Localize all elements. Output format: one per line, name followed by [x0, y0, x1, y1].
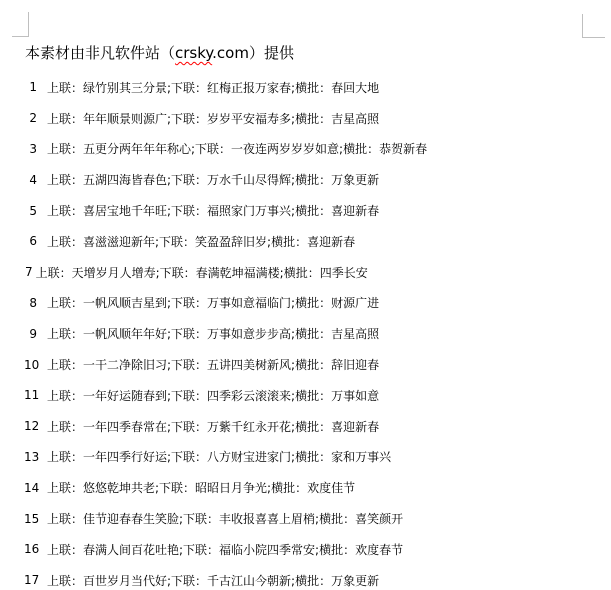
couplet-text: 上联：百世岁月当代好;下联：千古江山今朝新;横批：万象更新 — [47, 572, 379, 589]
couplet-row: 12上联：一年四季春常在;下联：万紫千红永开花;横批：喜迎新春 — [0, 411, 611, 442]
couplet-row: 8上联：一帆风顺吉星到;下联：万事如意福临门;横批：财源广进 — [0, 288, 611, 319]
couplet-row: 10上联：一干二净除旧习;下联：五讲四美树新风;横批：辞旧迎春 — [0, 349, 611, 380]
couplet-text: 上联：年年顺景则源广;下联：岁岁平安福寿多;横批：吉星高照 — [47, 110, 379, 127]
document-header: 本素材由非凡软件站（crsky.com）提供 — [25, 44, 294, 62]
couplet-text: 上联：一干二净除旧习;下联：五讲四美树新风;横批：辞旧迎春 — [47, 356, 379, 373]
couplet-list: 1上联：绿竹别其三分景;下联：红梅正报万家春;横批：春回大地2上联：年年顺景则源… — [0, 72, 611, 590]
couplet-row: 13上联：一年四季行好运;下联：八方财宝进家门;横批：家和万事兴 — [0, 442, 611, 473]
row-number: 10 — [24, 358, 37, 372]
couplet-row: 15上联：佳节迎春春生笑脸;下联：丰收报喜喜上眉梢;横批：喜笑颜开 — [0, 503, 611, 534]
couplet-text: 上联：五更分两年年年称心;下联：一夜连两岁岁岁如意;横批：恭贺新春 — [47, 140, 427, 157]
couplet-row: 1上联：绿竹别其三分景;下联：红梅正报万家春;横批：春回大地 — [0, 72, 611, 103]
row-number: 12 — [24, 419, 37, 433]
couplet-row: 14上联：悠悠乾坤共老;下联：昭昭日月争光;横批：欢度佳节 — [0, 472, 611, 503]
couplet-row: 3上联：五更分两年年年称心;下联：一夜连两岁岁岁如意;横批：恭贺新春 — [0, 134, 611, 165]
header-prefix: 本素材由非凡软件站（ — [25, 44, 175, 62]
row-number: 2 — [24, 111, 37, 125]
row-number: 5 — [24, 204, 37, 218]
margin-crop-mark-top-left — [12, 12, 29, 37]
couplet-text: 上联：天增岁月人增寿;下联：春满乾坤福满楼;横批：四季长安 — [36, 264, 368, 281]
header-site-tld: .com — [212, 44, 249, 62]
header-site-name: crsky — [175, 44, 212, 62]
couplet-text: 上联：喜居宝地千年旺;下联：福照家门万事兴;横批：喜迎新春 — [47, 202, 379, 219]
couplet-text: 上联：一帆风顺吉星到;下联：万事如意福临门;横批：财源广进 — [47, 294, 379, 311]
row-number: 16 — [24, 542, 37, 556]
row-number: 15 — [24, 512, 37, 526]
row-number: 14 — [24, 481, 37, 495]
couplet-text: 上联：喜滋滋迎新年;下联：笑盈盈辞旧岁;横批：喜迎新春 — [47, 233, 355, 250]
couplet-text: 上联：一年好运随春到;下联：四季彩云滚滚来;横批：万事如意 — [47, 387, 379, 404]
row-number: 4 — [24, 173, 37, 187]
row-number: 1 — [24, 80, 37, 94]
couplet-row: 7上联：天增岁月人增寿;下联：春满乾坤福满楼;横批：四季长安 — [0, 257, 611, 288]
row-number: 13 — [24, 450, 37, 464]
couplet-row: 9上联：一帆风顺年年好;下联：万事如意步步高;横批：吉星高照 — [0, 318, 611, 349]
couplet-row: 17上联：百世岁月当代好;下联：千古江山今朝新;横批：万象更新 — [0, 565, 611, 590]
header-suffix: ）提供 — [249, 44, 294, 62]
couplet-text: 上联：一帆风顺年年好;下联：万事如意步步高;横批：吉星高照 — [47, 325, 379, 342]
couplet-row: 6上联：喜滋滋迎新年;下联：笑盈盈辞旧岁;横批：喜迎新春 — [0, 226, 611, 257]
couplet-text: 上联：一年四季行好运;下联：八方财宝进家门;横批：家和万事兴 — [47, 448, 391, 465]
margin-crop-mark-top-right — [582, 14, 605, 38]
row-number: 6 — [24, 234, 37, 248]
couplet-row: 4上联：五湖四海皆春色;下联：万水千山尽得辉;横批：万象更新 — [0, 164, 611, 195]
couplet-row: 5上联：喜居宝地千年旺;下联：福照家门万事兴;横批：喜迎新春 — [0, 195, 611, 226]
couplet-row: 11上联：一年好运随春到;下联：四季彩云滚滚来;横批：万事如意 — [0, 380, 611, 411]
row-number: 7 — [25, 265, 33, 279]
couplet-text: 上联：五湖四海皆春色;下联：万水千山尽得辉;横批：万象更新 — [47, 171, 379, 188]
row-number: 9 — [24, 327, 37, 341]
couplet-row: 2上联：年年顺景则源广;下联：岁岁平安福寿多;横批：吉星高照 — [0, 103, 611, 134]
couplet-text: 上联：佳节迎春春生笑脸;下联：丰收报喜喜上眉梢;横批：喜笑颜开 — [47, 510, 403, 527]
row-number: 8 — [24, 296, 37, 310]
couplet-text: 上联：绿竹别其三分景;下联：红梅正报万家春;横批：春回大地 — [47, 79, 379, 96]
couplet-row: 16上联：春满人间百花吐艳;下联：福临小院四季常安;横批：欢度春节 — [0, 534, 611, 565]
couplet-text: 上联：一年四季春常在;下联：万紫千红永开花;横批：喜迎新春 — [47, 418, 379, 435]
row-number: 17 — [24, 573, 37, 587]
row-number: 3 — [24, 142, 37, 156]
row-number: 11 — [24, 388, 37, 402]
couplet-text: 上联：春满人间百花吐艳;下联：福临小院四季常安;横批：欢度春节 — [47, 541, 403, 558]
couplet-text: 上联：悠悠乾坤共老;下联：昭昭日月争光;横批：欢度佳节 — [47, 479, 355, 496]
